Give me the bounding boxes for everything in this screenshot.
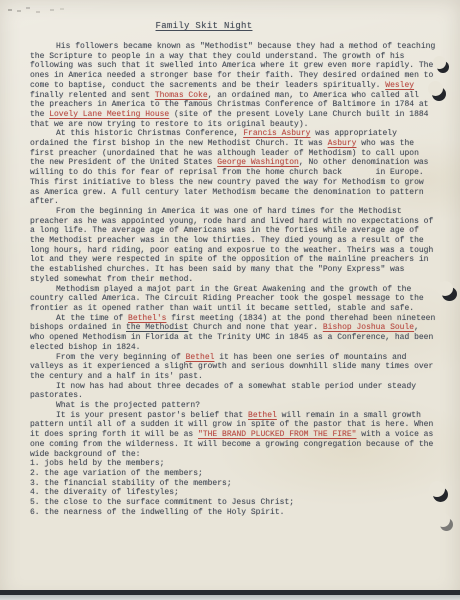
text-run: From the beginning in America it was one…: [30, 207, 433, 284]
paragraph: At this historic Christmas Conference, F…: [30, 129, 438, 207]
paragraph: From the beginning in America it was one…: [30, 207, 438, 285]
punch-hole-shadow: [442, 287, 457, 301]
paragraph: At the time of Bethel's first meeting (1…: [30, 314, 438, 353]
red-underlined-name: "THE BRAND PLUCKED FROM THE FIRE": [198, 430, 356, 439]
list-item: 3. the financial stability of the member…: [30, 479, 438, 489]
list-item: 2. the age variation of the members;: [30, 469, 438, 479]
red-underlined-name: Thomas Coke: [155, 91, 208, 100]
list-item: 1. jobs held by the members;: [30, 459, 438, 469]
document-list: 1. jobs held by the members;2. the age v…: [30, 459, 438, 517]
text-run: What is the projected pattern?: [56, 401, 200, 410]
punch-hole-shadow: [437, 61, 449, 73]
pencil-marks: [8, 6, 98, 18]
red-underlined-name: Wesley: [385, 81, 414, 90]
text-run: From the very beginning of: [56, 353, 186, 362]
red-underlined-name: Asbury: [328, 139, 357, 148]
text-run: Methodism played a majot part in the Gre…: [30, 285, 424, 313]
paragraph: From the very beginning of Bethel it has…: [30, 353, 438, 382]
text-run: At this historic Christmas Conference,: [56, 129, 243, 138]
red-underlined-name: George Washington: [217, 158, 299, 167]
document-content: Family Skit Night His followers became k…: [30, 21, 438, 517]
scanned-document-page: Family Skit Night His followers became k…: [0, 0, 460, 600]
text-run: It is your present pastor's belief that: [56, 411, 248, 420]
paragraph: It is your present pastor's belief that …: [30, 411, 438, 460]
paragraph: His followers became known as "Methodist…: [30, 42, 438, 129]
list-item: 5. the close to the surface commitment t…: [30, 498, 438, 508]
paragraph: Methodism played a majot part in the Gre…: [30, 285, 438, 314]
punch-hole-shadow: [440, 518, 453, 531]
red-underlined-name: Francis Asbury: [243, 129, 310, 138]
red-underlined-name: Bethel: [186, 353, 215, 362]
list-item: 4. the diveraity of lifestyles;: [30, 488, 438, 498]
punch-hole-shadow: [433, 487, 448, 502]
red-underlined-name: Bishop Joshua Soule: [323, 323, 414, 332]
text-run: Church and none that year.: [188, 323, 322, 332]
paragraph: What is the projected pattern?: [30, 401, 438, 411]
text-run: finally relented and sent: [30, 91, 155, 100]
text-run: It now has had about three decades of a …: [30, 382, 416, 401]
text-run: At the time of: [56, 314, 128, 323]
red-underlined-name: Bethel's: [128, 314, 166, 323]
red-underlined-name: Lovely Lane Meeting House: [49, 110, 169, 119]
document-title: Family Skit Night: [30, 21, 378, 31]
scan-background-strip: [0, 595, 460, 600]
red-underlined-name: Bethel: [248, 411, 277, 420]
document-body: His followers became known as "Methodist…: [30, 42, 438, 459]
paragraph: It now has had about three decades of a …: [30, 382, 438, 401]
list-item: 6. the nearness of the indwelling of the…: [30, 508, 438, 518]
text-run: His followers became known as "Methodist…: [30, 42, 435, 90]
punch-hole-shadow: [432, 87, 446, 101]
underlined-text: the Methodist: [126, 323, 188, 332]
